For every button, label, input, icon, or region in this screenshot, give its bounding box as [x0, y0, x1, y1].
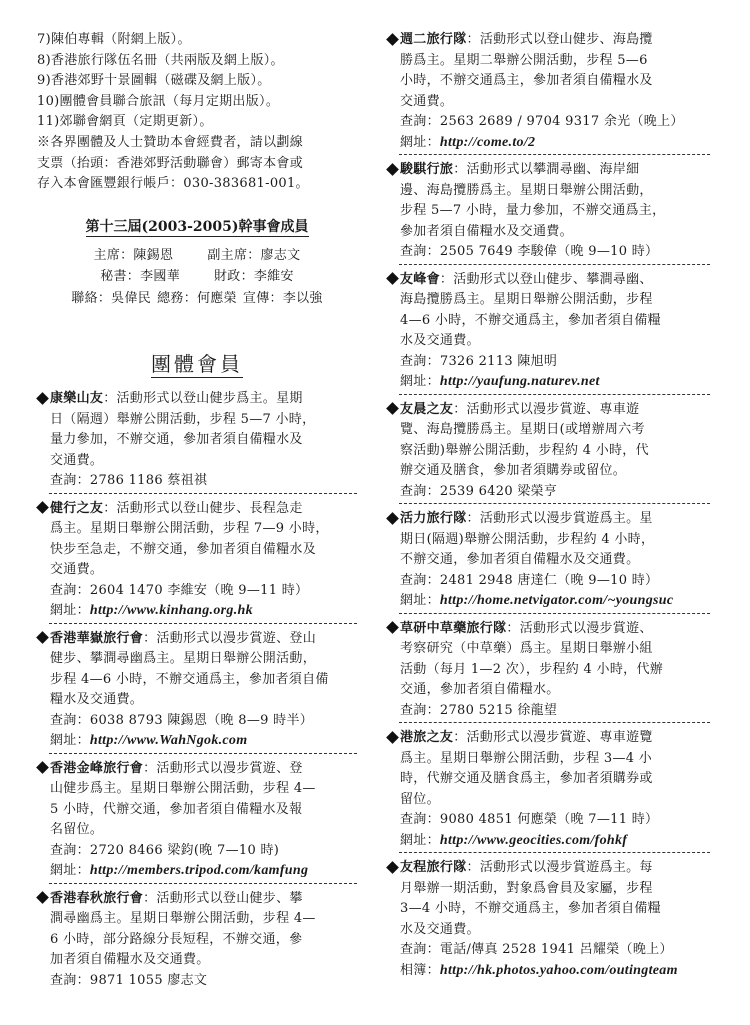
secretary: 秘書：李國華: [100, 266, 180, 288]
description: 察活動)舉辦公開活動，步程約 4 小時，代: [387, 441, 710, 462]
liaison: 聯絡：吳偉民: [71, 288, 151, 310]
dashed-divider: [399, 264, 710, 265]
member-entry: 週二旅行隊：活動形式以登山健步、海島攬 勝爲主。星期二舉辦公開活動，步程 5—6…: [387, 30, 710, 155]
description: ：活動形式以登山健步、海島攬: [467, 32, 653, 47]
committee-row: 秘書：李國華 財政：李維安: [37, 266, 357, 288]
dashed-divider: [49, 883, 357, 884]
url-link[interactable]: http://yaufung.naturev.net: [440, 374, 600, 389]
contact: 查詢：2539 6420 梁榮亨: [387, 482, 710, 503]
member-entry: 港旅之友：活動形式以漫步賞遊、專車遊覽 爲主。星期日舉辦公開活動，步程 3—4 …: [387, 728, 710, 853]
description: 6 小時，部分路線分長短程，不辦交通，參: [37, 930, 357, 951]
description: 爲主。星期日舉辦公開活動，步程 7—9 小時，: [37, 519, 357, 540]
intro-line: 7)陳伯專輯（附網上版）。: [37, 30, 357, 51]
section-title: 團體會員: [151, 352, 243, 378]
description: 活動（每月 1—2 次），步程約 4 小時，代辦: [387, 660, 710, 681]
url-link[interactable]: http://members.tripod.com/kamfung: [90, 863, 308, 878]
contact: 查詢：2786 1186 蔡祖祺: [37, 471, 357, 492]
member-list-right: 週二旅行隊：活動形式以登山健步、海島攬 勝爲主。星期二舉辦公開活動，步程 5—6…: [387, 30, 710, 981]
description: ：活動形式以漫步賞遊、專車遊: [453, 402, 639, 417]
description: 邊、海島攬勝爲主。星期日舉辦公開活動，: [387, 181, 710, 202]
website: 網址：http://yaufung.naturev.net: [387, 372, 710, 393]
description: 量力參加，不辦交通，參加者須自備糧水及: [37, 430, 357, 451]
description: 留位。: [387, 790, 710, 811]
section-heading: 團體會員: [37, 351, 357, 377]
general-affairs: 總務：何應榮: [157, 288, 237, 310]
intro-line: 10)團體會員聯合旅訊（每月定期出版）。: [37, 92, 357, 113]
url-label: 網址：: [50, 603, 90, 618]
sponsorship-note: ※各界團體及人士贊助本會經費者，請以劃線: [37, 133, 357, 154]
diamond-bullet-icon: [386, 731, 399, 744]
dashed-divider: [49, 753, 357, 754]
member-entry: 康樂山友：活動形式以登山健步爲主。星期 日（隔週）舉辦公開活動，步程 5—7 小…: [37, 389, 357, 494]
description: 辦交通及膳食，參加者須購券或留位。: [387, 461, 710, 482]
left-column: 7)陳伯專輯（附網上版）。 8)香港旅行隊伍名冊（共兩版及網上版）。 9)香港郊…: [37, 0, 357, 991]
url-label: 網址：: [50, 733, 90, 748]
contact: 查詢：9871 1055 廖志文: [37, 971, 357, 992]
url-link[interactable]: http://home.netvigator.com/~youngsuc: [440, 593, 673, 608]
diamond-bullet-icon: [386, 861, 399, 874]
member-entry: 駿騏行旅：活動形式以攀澗尋幽、海岸細 邊、海島攬勝爲主。星期日舉辦公開活動， 步…: [387, 160, 710, 265]
dashed-divider: [49, 623, 357, 624]
dashed-divider: [399, 503, 710, 504]
url-link[interactable]: http://come.to/2: [440, 135, 535, 150]
contact: 查詢：7326 2113 陳旭明: [387, 352, 710, 373]
url-label: 網址：: [50, 863, 90, 878]
description: 澗尋幽爲主。星期日舉辦公開活動，步程 4—: [37, 909, 357, 930]
description: 日（隔週）舉辦公開活動，步程 5—7 小時，: [37, 410, 357, 431]
url-label: 網址：: [400, 593, 440, 608]
description: 月舉辦一期活動，對象爲會員及家屬，步程: [387, 879, 710, 900]
member-name: 港旅之友: [400, 730, 453, 745]
description: 海島攬勝爲主。星期日舉辦公開活動，步程: [387, 290, 710, 311]
contact: 查詢：2563 2689 / 9704 9317 余光（晚上）: [387, 112, 710, 133]
description: ：活動形式以登山健步、攀澗尋幽、: [440, 272, 653, 287]
member-name: 香港春秋旅行會: [50, 891, 143, 906]
url-label: 網址：: [400, 135, 440, 150]
description: ：活動形式以攀澗尋幽、海岸細: [453, 162, 639, 177]
description: 覽、海島攬勝爲主。星期日(或增辦周六考: [387, 420, 710, 441]
diamond-bullet-icon: [36, 501, 49, 514]
contact: 查詢：電話/傳真 2528 1941 呂耀榮（晚上）: [387, 940, 710, 961]
contact: 查詢：9080 4851 何應榮（晚 7—11 時）: [387, 810, 710, 831]
description: ：活動形式以漫步賞遊、登山: [143, 631, 316, 646]
website: 網址：http://come.to/2: [387, 133, 710, 154]
member-entry: 健行之友：活動形式以登山健步、長程急走 爲主。星期日舉辦公開活動，步程 7—9 …: [37, 499, 357, 624]
description: 不辦交通，參加者須自備糧水及交通費。: [387, 550, 710, 571]
member-name: 香港金峰旅行會: [50, 761, 143, 776]
vice-chairman: 副主席：廖志文: [207, 245, 300, 267]
committee-row: 聯絡：吳偉民 總務：何應榮 宣傳：李以強: [37, 288, 357, 310]
description: 小時，不辦交通爲主，參加者須自備糧水及: [387, 71, 710, 92]
member-name: 活力旅行隊: [400, 511, 467, 526]
diamond-bullet-icon: [386, 163, 399, 176]
dashed-divider: [399, 154, 710, 155]
member-entry: 香港春秋旅行會：活動形式以登山健步、攀 澗尋幽爲主。星期日舉辦公開活動，步程 4…: [37, 889, 357, 992]
publications-list: 7)陳伯專輯（附網上版）。 8)香港旅行隊伍名冊（共兩版及網上版）。 9)香港郊…: [37, 30, 357, 195]
description: 時，代辦交通及膳食爲主，參加者須購券或: [387, 769, 710, 790]
description: 4—6 小時，不辦交通爲主，參加者須自備糧: [387, 311, 710, 332]
website: 網址：http://www.geocities.com/fohkf: [387, 831, 710, 852]
intro-line: 11)郊聯會網頁（定期更新）。: [37, 112, 357, 133]
member-name: 健行之友: [50, 501, 103, 516]
description: 交通費。: [387, 92, 710, 113]
description: 考察研究（中草藥）爲主。星期日舉辦小組: [387, 639, 710, 660]
member-entry: 草研中草藥旅行隊：活動形式以漫步賞遊、 考察研究（中草藥）爲主。星期日舉辦小組 …: [387, 619, 710, 724]
description: 爲主。星期日舉辦公開活動，步程 3—4 小: [387, 749, 710, 770]
description: ：活動形式以登山健步、長程急走: [103, 501, 303, 516]
description: 交通費。: [37, 560, 357, 581]
description: 名留位。: [37, 820, 357, 841]
member-name: 駿騏行旅: [400, 162, 453, 177]
dashed-divider: [399, 722, 710, 723]
dashed-divider: [399, 613, 710, 614]
url-label: 網址：: [400, 833, 440, 848]
diamond-bullet-icon: [36, 891, 49, 904]
description: 勝爲主。星期二舉辦公開活動，步程 5—6: [387, 51, 710, 72]
description: ：活動形式以登山健步、攀: [143, 891, 303, 906]
dashed-divider: [49, 493, 357, 494]
description: 參加者須自備糧水及交通費。: [387, 222, 710, 243]
website: 網址：http://members.tripod.com/kamfung: [37, 861, 357, 882]
member-name: 香港華嶽旅行會: [50, 631, 143, 646]
description: 加者須自備糧水及交通費。: [37, 950, 357, 971]
url-link[interactable]: http://hk.photos.yahoo.com/outingteam: [440, 963, 678, 978]
publicity: 宣傳：李以強: [243, 288, 323, 310]
description: 糧水及交通費。: [37, 690, 357, 711]
diamond-bullet-icon: [36, 761, 49, 774]
description: 期日(隔週)舉辦公開活動，步程約 4 小時，: [387, 530, 710, 551]
description: ：活動形式以漫步賞遊、專車遊覽: [453, 730, 653, 745]
member-list-left: 康樂山友：活動形式以登山健步爲主。星期 日（隔週）舉辦公開活動，步程 5—7 小…: [37, 389, 357, 991]
diamond-bullet-icon: [386, 33, 399, 46]
url-label: 網址：: [400, 374, 440, 389]
website: 網址：http://www.kinhang.org.hk: [37, 601, 357, 622]
diamond-bullet-icon: [386, 621, 399, 634]
contact: 查詢：2604 1470 李維安（晚 9—11 時）: [37, 581, 357, 602]
member-name: 週二旅行隊: [400, 32, 467, 47]
description: 3—4 小時，不辦交通爲主，參加者須自備糧: [387, 899, 710, 920]
description: 步程 4—6 小時，不辦交通爲主，參加者須自備: [37, 670, 357, 691]
description: 快步至急走，不辦交通，參加者須自備糧水及: [37, 540, 357, 561]
member-entry: 活力旅行隊：活動形式以漫步賞遊爲主。星 期日(隔週)舉辦公開活動，步程約 4 小…: [387, 509, 710, 614]
description: ：活動形式以漫步賞遊、: [506, 621, 652, 636]
url-link[interactable]: http://www.kinhang.org.hk: [90, 603, 253, 618]
member-entry: 友程旅行隊：活動形式以漫步賞遊爲主。每 月舉辦一期活動，對象爲會員及家屬，步程 …: [387, 858, 710, 981]
member-entry: 友晨之友：活動形式以漫步賞遊、專車遊 覽、海島攬勝爲主。星期日(或增辦周六考 察…: [387, 400, 710, 505]
chairman: 主席：陳錫恩: [94, 245, 174, 267]
description: 步程 5—7 小時，量力參加，不辦交通爲主，: [387, 201, 710, 222]
member-name: 康樂山友: [50, 391, 103, 406]
description: ：活動形式以漫步賞遊爲主。星: [467, 511, 653, 526]
description: 水及交通費。: [387, 920, 710, 941]
description: 交通費。: [37, 451, 357, 472]
description: 5 小時，代辦交通，參加者須自備糧水及報: [37, 800, 357, 821]
description: 山健步爲主。星期日舉辦公開活動，步程 4—: [37, 779, 357, 800]
contact: 查詢：2481 2948 唐達仁（晚 9—10 時）: [387, 571, 710, 592]
contact: 查詢：2505 7649 李駿偉（晚 9—10 時）: [387, 242, 710, 263]
right-column: 週二旅行隊：活動形式以登山健步、海島攬 勝爲主。星期二舉辦公開活動，步程 5—6…: [387, 0, 710, 981]
description: ：活動形式以登山健步爲主。星期: [103, 391, 303, 406]
committee-members: 主席：陳錫恩 副主席：廖志文 秘書：李國華 財政：李維安 聯絡：吳偉民 總務：何…: [37, 245, 357, 310]
website: 網址：http://www.WahNgok.com: [37, 731, 357, 752]
sponsorship-note: 支票（抬頭：香港郊野活動聯會）郵寄本會或: [37, 154, 357, 175]
contact: 查詢：2780 5215 徐龍望: [387, 701, 710, 722]
intro-line: 9)香港郊野十景圖輯（磁碟及網上版）。: [37, 71, 357, 92]
url-link[interactable]: http://www.WahNgok.com: [90, 733, 248, 748]
description: ：活動形式以漫步賞遊爲主。每: [467, 860, 653, 875]
intro-line: 8)香港旅行隊伍名冊（共兩版及網上版）。: [37, 51, 357, 72]
member-entry: 香港華嶽旅行會：活動形式以漫步賞遊、登山 健步、攀澗尋幽爲主。星期日舉辦公開活動…: [37, 629, 357, 754]
contact: 查詢：2720 8466 梁鈞(晚 7—10 時): [37, 841, 357, 862]
diamond-bullet-icon: [386, 272, 399, 285]
description: 健步、攀澗尋幽爲主。星期日舉辦公開活動，: [37, 649, 357, 670]
url-label: 相簿：: [400, 963, 440, 978]
diamond-bullet-icon: [386, 402, 399, 415]
dashed-divider: [399, 394, 710, 395]
committee-row: 主席：陳錫恩 副主席：廖志文: [37, 245, 357, 267]
diamond-bullet-icon: [36, 392, 49, 405]
member-name: 友晨之友: [400, 402, 453, 417]
diamond-bullet-icon: [386, 512, 399, 525]
website: 網址：http://home.netvigator.com/~youngsuc: [387, 591, 710, 612]
committee-title: 第十三屆(2003-2005)幹事會成員: [86, 219, 309, 237]
member-entry: 香港金峰旅行會：活動形式以漫步賞遊、登 山健步爲主。星期日舉辦公開活動，步程 4…: [37, 759, 357, 884]
treasurer: 財政：李維安: [214, 266, 294, 288]
dashed-divider: [399, 852, 710, 853]
sponsorship-note: 存入本會匯豐銀行帳戶：030-383681-001。: [37, 174, 357, 195]
description: ：活動形式以漫步賞遊、登: [143, 761, 303, 776]
description: 交通，參加者須自備糧水。: [387, 680, 710, 701]
committee-heading: 第十三屆(2003-2005)幹事會成員: [37, 217, 357, 237]
description: 水及交通費。: [387, 331, 710, 352]
website: 相簿：http://hk.photos.yahoo.com/outingteam: [387, 961, 710, 982]
member-name: 友峰會: [400, 272, 440, 287]
member-name: 友程旅行隊: [400, 860, 467, 875]
member-name: 草研中草藥旅行隊: [400, 621, 506, 636]
url-link[interactable]: http://www.geocities.com/fohkf: [440, 833, 627, 848]
contact: 查詢：6038 8793 陳錫恩（晚 8—9 時半）: [37, 711, 357, 732]
member-entry: 友峰會：活動形式以登山健步、攀澗尋幽、 海島攬勝爲主。星期日舉辦公開活動，步程 …: [387, 270, 710, 395]
diamond-bullet-icon: [36, 631, 49, 644]
